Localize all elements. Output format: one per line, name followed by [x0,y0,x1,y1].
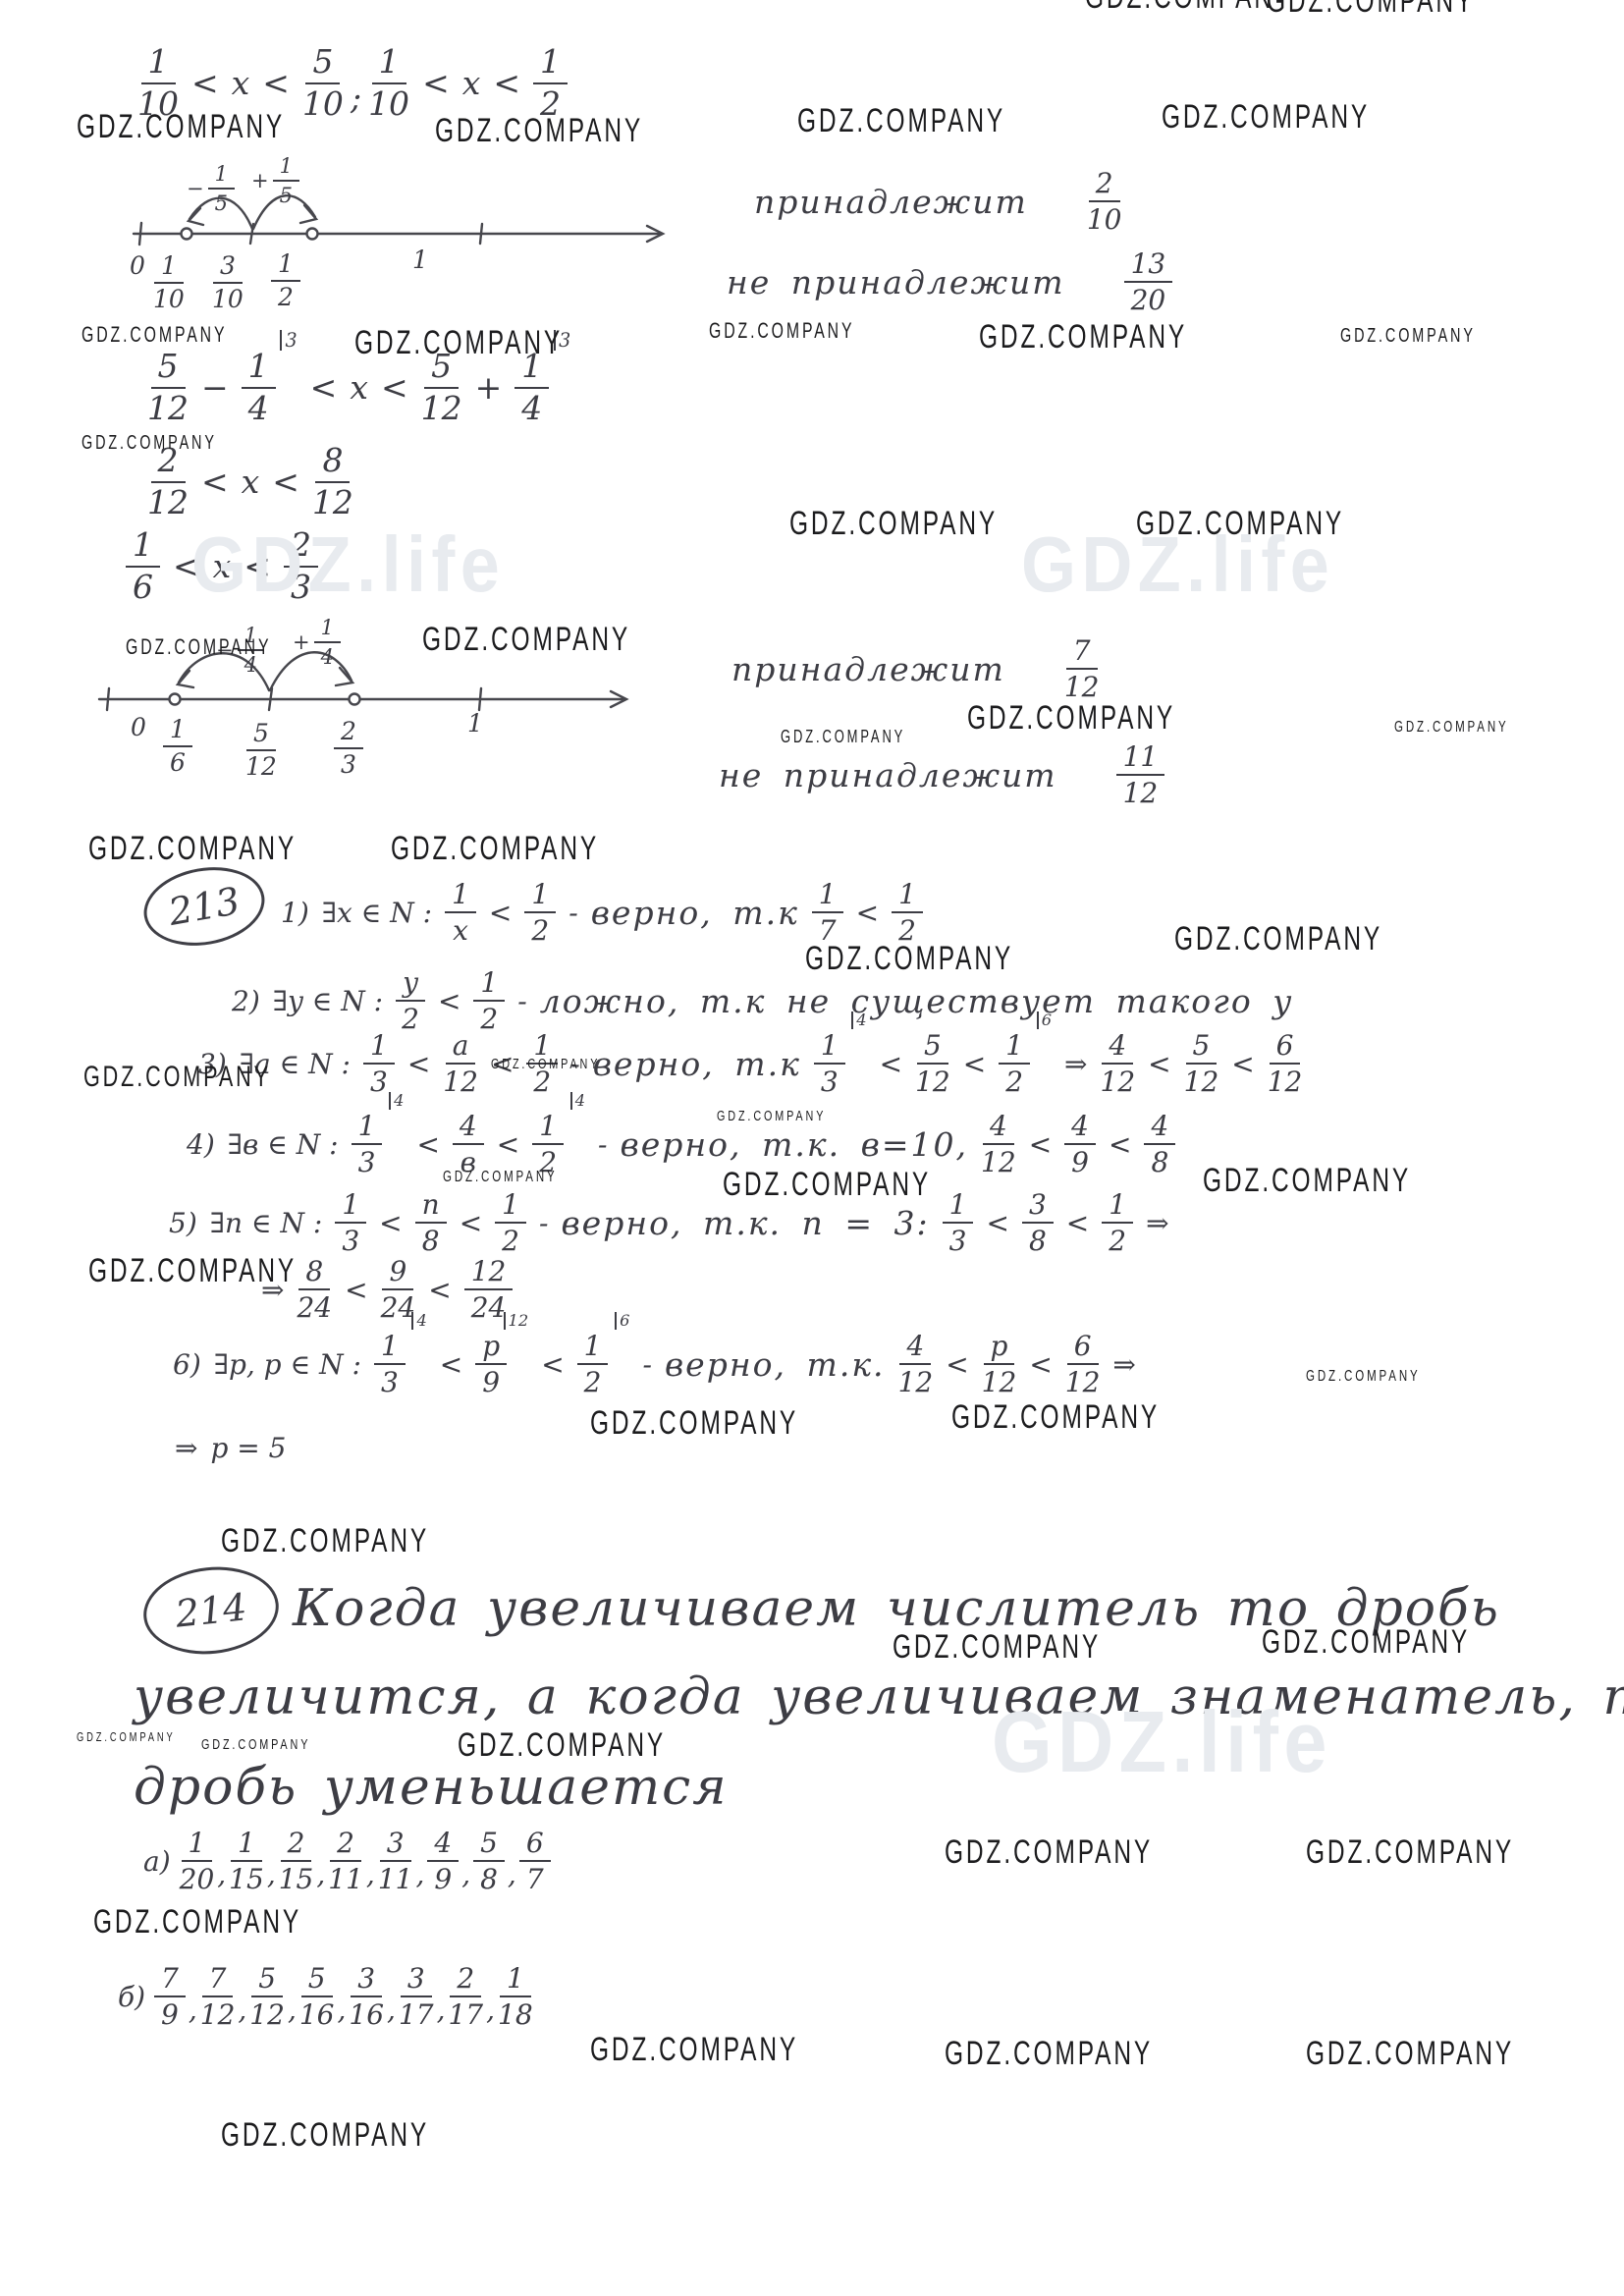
fraction-denominator: 2 [1109,1224,1126,1255]
handwritten-text: принадлежит [754,183,1028,221]
math-text: 1 [412,246,428,274]
fraction-denominator: 12 [147,483,189,520]
math-text: < [541,1348,564,1381]
fraction-numerator: 1 [500,1964,531,1997]
common-denominator-mark: 3 [280,330,297,351]
fraction-denominator: 8 [480,1862,498,1893]
math-text: ⇒ [1064,1048,1087,1080]
common-denominator-mark: 4 [389,1092,404,1110]
problem-number-214-label: 214 [174,1585,249,1635]
fraction: 712 [1064,636,1100,702]
fraction-denominator: 3 [370,1065,388,1096]
fraction-numerator: 1 [273,155,299,182]
fraction-numerator: 1 [163,717,192,747]
math-text: < [416,1128,439,1161]
fraction-numerator: 1 [892,880,923,913]
fraction-numerator: 4 [453,1112,484,1145]
watermark: GDZ.COMPANY [1162,100,1370,134]
watermark: GDZ.COMPANY [1340,326,1476,346]
math-text: б) [118,1981,145,2013]
math-text: x [350,368,368,407]
fraction: 12 [892,880,923,946]
fraction-denominator: 12 [1268,1065,1303,1096]
math-text: ∃y ∈ N : [273,985,383,1017]
watermark: GDZ.COMPANY [458,1728,666,1762]
math-text: ∃в ∈ N : [228,1128,339,1161]
fraction-numerator: 12 [464,1257,514,1290]
handwritten-text: не принадлежит [727,263,1065,301]
fraction: 143 [242,350,276,425]
number-line-2-label-1: 1 [467,709,483,738]
math-text: 6) [173,1348,201,1381]
math-text: < [1029,1128,1052,1161]
fraction-denominator: 4 [521,389,542,426]
fraction-denominator: 16 [349,1997,384,2029]
math-text: ∃n ∈ N : [210,1207,323,1239]
number-line-2-label-1-6: 16 [163,717,192,777]
fraction-numerator: 1 [372,45,406,84]
math-text: < [428,1274,451,1306]
fraction: 512 [249,1964,285,2030]
fraction-denominator: 2 [1005,1065,1023,1096]
fraction-denominator: 20 [1131,283,1166,314]
fraction-numerator: 2 [334,719,363,749]
watermark: GDZ.COMPANY [1174,922,1382,956]
note-belongs-1: принадлежит210 [754,169,1121,235]
fraction: 1112 [1116,742,1165,808]
fraction-numerator: 4 [1064,1112,1096,1145]
fraction-denominator: 15 [229,1862,264,1893]
common-denominator-mark: 6 [1037,1011,1052,1029]
handwritten-text: верно, т.к [591,894,799,932]
fraction-denominator: 2 [278,282,294,310]
common-denominator-mark: 6 [615,1312,629,1330]
fraction-numerator: 9 [382,1257,413,1290]
number-line-2-step-plus: +14 [293,617,341,668]
fraction-denominator: 4 [321,643,334,668]
fraction-numerator: 1 [126,528,160,568]
watermark: GDZ.COMPANY [789,507,998,540]
fraction: 211 [328,1829,363,1894]
watermark: GDZ.COMPANY [979,320,1187,354]
watermark: GDZ.COMPANY [967,701,1175,735]
handwritten-text: увеличится, а когда увеличиваем знаменат… [134,1667,1624,1726]
fraction: 212 [147,444,189,519]
fraction: 924 [381,1257,416,1323]
fraction-denominator: 17 [399,1997,434,2029]
fraction: 126 [999,1031,1030,1097]
fraction-denominator: 15 [279,1862,314,1893]
fraction-denominator: 3 [821,1065,839,1096]
fraction-numerator: 2 [1089,169,1120,202]
watermark: GDZ.COMPANY [88,1254,297,1287]
fraction: 13 [363,1031,395,1097]
math-text: ; [351,79,361,117]
fraction-numerator: 1 [231,1829,262,1862]
math-text: < [460,1207,482,1239]
fraction-denominator: 2 [584,1365,602,1396]
watermark: GDZ.COMPANY [77,110,285,143]
fraction: a12 [443,1031,478,1097]
fraction-numerator: 8 [298,1257,330,1290]
fraction: 134 [374,1332,406,1397]
fraction-numerator: 13 [1124,249,1173,283]
fraction-numerator: 1 [533,45,568,84]
fraction-denominator: 7 [526,1862,544,1893]
math-text: x [462,64,481,102]
p213-part-4: 4)∃в ∈ N :134<4в<124-верно, т.к. в=10,41… [187,1112,1175,1177]
math-text: < [493,64,520,102]
fraction-denominator: 12 [898,1365,934,1396]
watermark: GDZ.COMPANY [77,1730,176,1743]
fraction-denominator: 12 [421,389,462,426]
fraction-denominator: 8 [422,1224,440,1255]
math-text: ∃x ∈ N : [322,897,432,929]
math-text: < [422,64,450,102]
fraction-denominator: 12 [249,1997,285,2029]
math-text: < [497,1128,519,1161]
fraction-denominator: 17 [448,1997,483,2029]
math-text: < [963,1048,986,1080]
fraction-denominator: 12 [982,1365,1017,1396]
fraction-numerator: a [446,1031,476,1065]
number-line-1-label-1: 1 [412,246,428,274]
math-text: < [272,463,299,501]
math-text: 2) [232,985,260,1017]
fraction-numerator: 1 [445,880,476,913]
fraction-denominator: 3 [342,1224,359,1255]
watermark: GDZ.COMPANY [945,2037,1153,2070]
fraction-numerator: 1 [141,45,176,84]
math-text: , [238,1994,246,2026]
fraction-numerator: 1 [999,1031,1030,1065]
fraction: 49 [427,1829,459,1894]
number-line-2-label-2-3: 23 [334,719,363,779]
math-text: < [1066,1207,1089,1239]
fraction-numerator: 4 [1102,1031,1133,1065]
fraction-numerator: 5 [301,1964,333,1997]
number-line-1-label-1-10: 110 [153,253,185,313]
fraction: 118 [498,1964,533,2030]
fraction-numerator: 1 [473,968,505,1002]
fraction-numerator: 6 [519,1829,551,1862]
number-line-1-label-0: 0 [130,251,145,280]
fraction-denominator: 2 [502,1224,519,1255]
handwritten-text: принадлежит [731,650,1005,688]
fraction: 210 [1087,169,1122,235]
watermark: GDZ.COMPANY [951,1400,1160,1434]
watermark: GDZ.COMPANY [709,320,854,342]
fraction-numerator: 3 [1022,1190,1054,1224]
fraction: 126 [577,1332,609,1397]
fraction-denominator: 2 [531,913,549,945]
math-text: + [475,368,503,407]
math-text: < [946,1348,968,1381]
fraction: p912 [475,1332,507,1397]
math-text: 1) [281,897,309,929]
fraction: 134 [814,1031,845,1097]
handwritten-text: верно, т.к [593,1045,801,1083]
math-text: ⇒ [1146,1207,1168,1239]
common-denominator-mark: 12 [504,1312,529,1330]
watermark: GDZ.COMPANY [1306,2037,1514,2070]
watermark: GDZ.COMPANY [590,2033,798,2066]
fraction: 110 [368,45,409,121]
math-text: , [267,1858,276,1890]
fraction-denominator: 3 [341,749,356,778]
number-line-1-step-minus: −15 [187,163,235,214]
fraction-numerator: 1 [154,253,184,284]
fraction: 110 [153,253,185,313]
fraction: 48 [1144,1112,1175,1177]
p213-part-6-result: ⇒p = 5 [175,1432,286,1464]
math-text: , [461,1858,470,1890]
watermark: GDZ.COMPANY [83,1063,271,1092]
p213-part-2: 2)∃y ∈ N :y2<12-ложно, т.к не существует… [232,968,1293,1034]
math-text: < [489,897,512,929]
fraction: 311 [378,1829,413,1894]
fraction: 67 [519,1829,551,1894]
fraction-numerator: 4 [983,1112,1014,1145]
number-line-2-label-0: 0 [131,713,146,741]
fraction: 512 [147,350,189,425]
math-text: - [598,1128,607,1161]
fraction-numerator: 3 [213,253,243,284]
math-text: - [517,985,526,1017]
handwritten-text: верно, т.к. [665,1345,886,1384]
watermark: GDZ.COMPANY [717,1109,826,1123]
fraction-denominator: 12 [443,1065,478,1096]
fraction: 12 [271,251,300,311]
fraction: 1x [445,880,476,946]
math-text: < [201,463,229,501]
math-text: < [381,368,408,407]
note-belongs-2: принадлежит712 [731,636,1099,702]
fraction-numerator: 1 [495,1190,526,1224]
math-text: < [1109,1128,1131,1161]
math-text: < [262,64,290,102]
watermark: GDZ.COMPANY [81,324,227,346]
fraction-numerator: 8 [315,444,350,483]
fraction-denominator: 12 [147,389,189,426]
fraction-numerator: n [415,1190,447,1224]
math-text: − [201,368,229,407]
fraction-numerator: 5 [1186,1031,1218,1065]
watermark: GDZ.COMPANY [201,1737,310,1752]
math-text: 5) [169,1207,197,1239]
number-line-1-label-1-2: 12 [271,251,300,311]
fraction: n8 [415,1190,447,1256]
math-text: 0 [131,713,146,741]
math-text: < [1029,1348,1052,1381]
watermark: GDZ.COMPANY [1306,1835,1514,1869]
fraction-denominator: 10 [368,84,409,122]
p214-answer-line-2: увеличится, а когда увеличиваем знаменат… [134,1667,1624,1726]
fraction: 812 [312,444,353,519]
fraction: 4в [453,1112,484,1177]
fraction-denominator: 9 [161,1997,179,2029]
math-text: , [366,1858,375,1890]
fraction: 712 [200,1964,236,2030]
math-text: а) [143,1845,171,1878]
fraction-numerator: 3 [351,1964,382,1997]
equation-2-12-8-12: 212<x<812 [147,444,353,519]
fraction-denominator: 11 [378,1862,413,1893]
watermark: GDZ.COMPANY [590,1406,798,1440]
fraction-numerator: 5 [246,721,276,751]
fraction-denominator: 24 [297,1290,332,1322]
math-text: < [440,1348,462,1381]
fraction-numerator: 2 [330,1829,361,1862]
fraction-denominator: 11 [328,1862,363,1893]
watermark: GDZ.COMPANY [1262,1625,1470,1659]
math-text: - [539,1207,548,1239]
math-text: < [986,1207,1008,1239]
fraction-numerator: 4 [427,1829,459,1862]
math-text: x [242,463,260,501]
watermark: GDZ.COMPANY [443,1170,558,1185]
fraction: 14 [314,617,341,668]
watermark: GDZ.COMPANY [81,433,217,453]
ghost-watermark: GDZ.life [1021,525,1334,604]
fraction-denominator: 10 [212,284,244,312]
fraction: p12 [982,1332,1017,1397]
common-denominator-mark: 4 [851,1011,866,1029]
fraction: 49 [1064,1112,1096,1177]
watermark: GDZ.COMPANY [435,114,643,147]
p213-part-5-continued: ⇒824<924<1224 [261,1257,513,1323]
fraction: 13 [335,1190,366,1256]
math-text: , [316,1858,325,1890]
math-text: , [415,1858,424,1890]
fraction-denominator: 5 [215,190,228,214]
fraction-denominator: x [453,913,468,945]
fraction: 512 [915,1031,950,1097]
fraction-numerator: p [984,1332,1015,1365]
fraction: 12 [473,968,505,1034]
fraction-numerator: 2 [281,1829,312,1862]
handwritten-text: ложно, т.к не существует такого y [540,982,1293,1020]
watermark: GDZ.COMPANY [93,1905,301,1939]
fraction: 412 [981,1112,1016,1177]
fraction-numerator: p [475,1332,507,1365]
fraction-numerator: 7 [154,1964,186,1997]
p213-part-3: 3)∃a ∈ N :13<a12<12-верно, т.к134<512<12… [198,1031,1302,1097]
fraction-numerator: 11 [1116,742,1165,776]
math-text: < [856,897,879,929]
math-text: , [189,1994,197,2026]
fraction-denominator: 9 [482,1365,500,1396]
fraction-denominator: 12 [981,1145,1016,1176]
math-text: , [437,1994,446,2026]
math-text: < [345,1274,367,1306]
handwritten-text: верно, т.к. в=10, [621,1125,969,1164]
fraction: 516 [299,1964,335,2030]
fraction: 824 [297,1257,332,1323]
fraction-denominator: 12 [1123,776,1159,807]
p214-list-a: а)120,115,215,211,311,49,58,67 [143,1829,551,1894]
math-text: , [217,1858,226,1890]
fraction-denominator: 16 [299,1997,335,2029]
watermark: GDZ.COMPANY [1267,0,1475,18]
handwritten-text: не принадлежит [719,756,1057,794]
math-text: + [251,169,269,192]
fraction-numerator: 5 [917,1031,948,1065]
fraction: 15 [208,163,235,214]
note-not-belongs-2: не принадлежит1112 [719,742,1164,808]
math-text: − [187,177,204,200]
fraction-denominator: 9 [434,1862,452,1893]
math-text: 0 [130,251,145,280]
fraction: 412 [898,1332,934,1397]
watermark: GDZ.COMPANY [723,1168,931,1201]
math-text: < [310,368,338,407]
fraction-denominator: 8 [1029,1224,1047,1255]
math-text: , [387,1994,396,2026]
math-text: , [288,1994,297,2026]
scanned-page: 110<x<510;110<x<12 −15 +15 0 110 310 12 … [0,0,1624,2296]
math-text: - [568,897,577,929]
math-text: , [337,1994,346,2026]
fraction: 16 [163,717,192,777]
fraction: 13 [943,1190,974,1256]
watermark: GDZ.COMPANY [781,728,905,745]
ghost-watermark: GDZ.life [191,525,505,604]
watermark: GDZ.COMPANY [422,623,630,656]
watermark: GDZ.COMPANY [354,326,563,359]
note-not-belongs-1: не принадлежит1320 [727,249,1172,315]
fraction-numerator: 5 [305,45,340,84]
fraction-numerator: 4 [1144,1112,1175,1145]
fraction-denominator: 12 [200,1997,236,2029]
fraction: 512 [245,721,277,781]
math-text: < [880,1048,902,1080]
fraction-denominator: 12 [1101,1065,1136,1096]
problem-number-214: 214 [139,1560,283,1661]
fraction-numerator: 1 [1102,1190,1133,1224]
math-text: ∃p, p ∈ N : [214,1348,361,1381]
watermark: GDZ.COMPANY [1203,1164,1411,1197]
ghost-watermark: GDZ.life [992,1699,1332,1785]
fraction: 215 [279,1829,314,1894]
fraction: 23 [334,719,363,779]
fraction-numerator: y [396,968,425,1002]
fraction-numerator: 6 [1067,1332,1099,1365]
watermark: GDZ.COMPANY [221,2118,429,2152]
fraction-numerator: 1 [577,1332,609,1365]
fraction-denominator: 5 [280,182,293,206]
p214-answer-line-3: дробь уменьшается [134,1758,729,1817]
math-text: < [1148,1048,1170,1080]
fraction-denominator: 2 [480,1002,498,1033]
math-text: + [293,630,310,654]
fraction-denominator: 24 [471,1290,507,1322]
p214-list-b: б)79,712,512,516,316,317,217,118 [118,1964,533,2030]
fraction-numerator: 1 [363,1031,395,1065]
fraction-numerator: 2 [450,1964,481,1997]
fraction-numerator: 1 [374,1332,406,1365]
fraction-denominator: 3 [358,1145,376,1176]
math-text: 1 [467,709,483,738]
fraction-denominator: 12 [312,483,353,520]
fraction-numerator: 1 [242,350,276,389]
watermark: GDZ.COMPANY [1394,720,1509,736]
fraction: 79 [154,1964,186,2030]
fraction: 16 [126,528,160,604]
watermark: GDZ.COMPANY [945,1835,1153,1869]
common-denominator-mark: 4 [411,1312,426,1330]
fraction: 12 [533,45,568,121]
